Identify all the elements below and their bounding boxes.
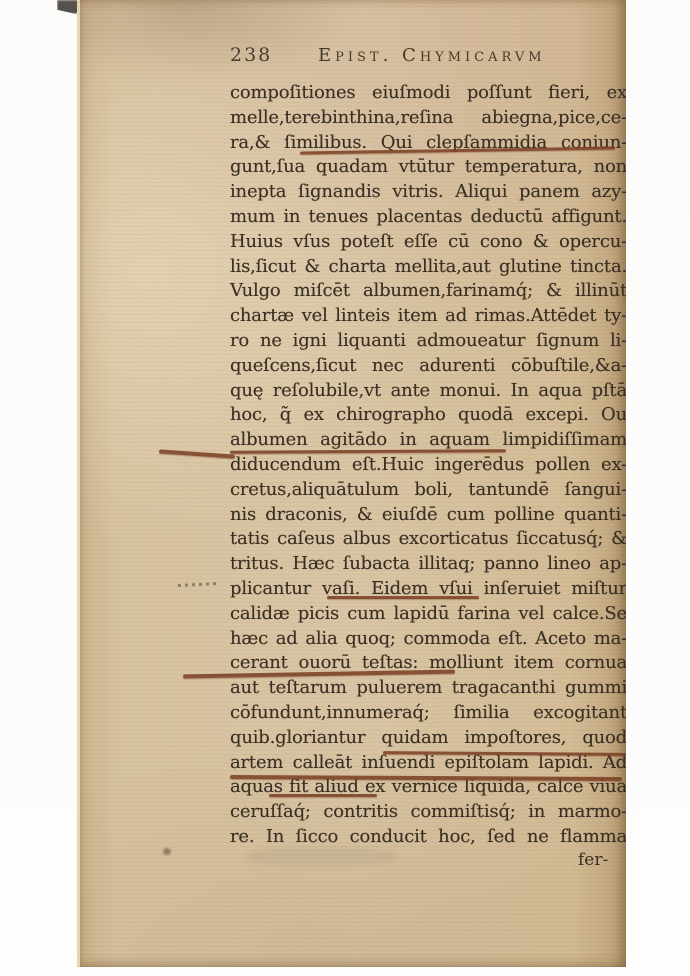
text-line: re. In ſicco conducit hoc, ſed ne flamma: [230, 825, 626, 850]
text-line: mum in tenues placentas deductū affigunt…: [230, 205, 626, 230]
scanned-book-page-photo: 238 Epist. Chymicarvm compoſitiones eiuſ…: [0, 0, 690, 976]
catchword: fer-: [578, 850, 608, 870]
text-line: tritus. Hæc ſubacta illitaq; panno lineo…: [230, 552, 626, 577]
text-line: quib.gloriantur quidam impoſtores, quod: [230, 726, 626, 751]
page-header: 238 Epist. Chymicarvm: [230, 44, 626, 66]
text-line: chartæ vel linteis item ad rimas.Attēdet…: [230, 304, 626, 329]
ink-underline-vernice: [269, 794, 377, 797]
text-line: cretus,aliquātulum boli, tantundē ſangui…: [230, 478, 626, 503]
running-header: Epist. Chymicarvm: [318, 45, 546, 66]
text-line: diducendum eſt.Huic ingerēdus pollen ex-: [230, 453, 626, 478]
ink-underline-eidem-vsui: [327, 596, 479, 599]
text-line: ceruſſaq́; contritis commiſtisq́; in mar…: [230, 800, 626, 825]
text-line: compoſitiones eiuſmodi poſſunt fieri, ex: [230, 81, 626, 106]
ink-smudge: [163, 848, 171, 855]
text-line: calidæ picis cum lapidū farina vel calce…: [230, 602, 626, 627]
text-line: cōfundunt,innumeraq́; ſimilia excogitant: [230, 701, 626, 726]
text-line: melle,terebinthina,reſina abiegna,pice,c…: [230, 106, 626, 131]
text-line: aut teſtarum puluerem tragacanthi gummi: [230, 676, 626, 701]
text-line: inepta ſignandis vitris. Aliqui panem az…: [230, 180, 626, 205]
text-line: Huius vſus poteſt eſſe cū cono & opercu-: [230, 230, 626, 255]
text-line: tatis caſeus albus excorticatus ſiccatus…: [230, 527, 626, 552]
text-line: quę reſolubile,vt ante monui. In aqua pſ…: [230, 379, 626, 404]
text-line: ro ne igni liquanti admoueatur ſignum li…: [230, 329, 626, 354]
page-number: 238: [230, 44, 288, 66]
ink-underline-albumen-tail: [159, 449, 235, 458]
text-line: gunt,ſua quadam vtūtur temperatura, non: [230, 155, 626, 180]
body-text-column: compoſitiones eiuſmodi poſſunt fieri, ex…: [230, 81, 626, 850]
text-line: nis draconis, & eiuſdē cum polline quant…: [230, 503, 626, 528]
text-line: hoc, q̃ ex chirographo quodā excepi. Ou: [230, 403, 626, 428]
page: 238 Epist. Chymicarvm compoſitiones eiuſ…: [77, 0, 626, 967]
text-line: Vulgo miſcēt albumen,farinamq́; & illinū…: [230, 279, 626, 304]
text-line: queſcens,ſicut nec adurenti cōbuſtile,&a…: [230, 354, 626, 379]
showthrough-ghost: [247, 848, 397, 866]
margin-pen-marks: [178, 582, 218, 587]
text-line: hæc ad alia quoq; commoda eſt. Aceto ma-: [230, 627, 626, 652]
text-line: lis,ſicut & charta mellita,aut glutine t…: [230, 255, 626, 280]
